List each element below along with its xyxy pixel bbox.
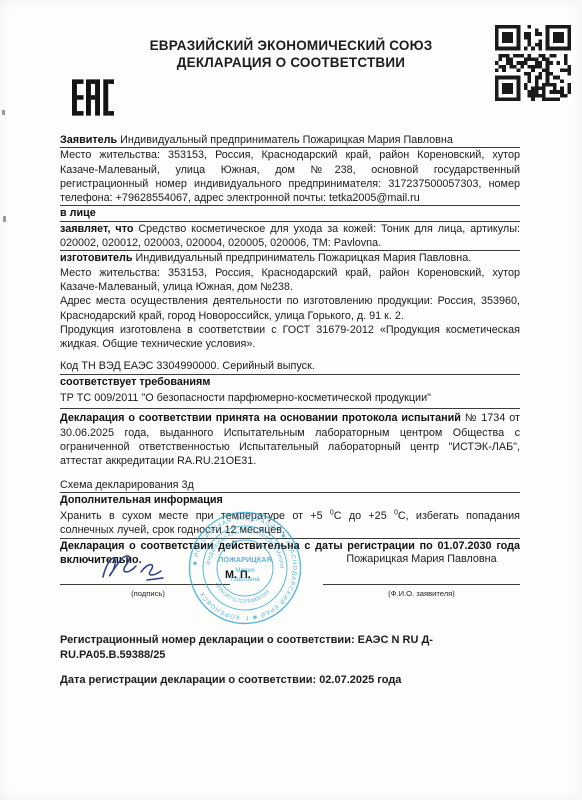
activity-address-line: Адрес места осуществления деятельности п… bbox=[60, 294, 520, 323]
svg-text:ОГРН ИП 317237500057303: ОГРН ИП 317237500057303 bbox=[213, 582, 271, 605]
declaration-document: ЕВРАЗИЙСКИЙ ЭКОНОМИЧЕСКИЙ СОЮЗ ДЕКЛАРАЦИ… bbox=[0, 0, 582, 800]
manufactured-per-line: Продукция изготовлена в соответствии с Г… bbox=[60, 323, 520, 352]
manufacturer-line: изготовитель Индивидуальный предпринимат… bbox=[60, 251, 520, 265]
residence-line: Место жительства: 353153, Россия, Красно… bbox=[60, 148, 520, 206]
declares-label: заявляет, что bbox=[60, 223, 133, 235]
stamp-center-patronymic: Павловна bbox=[230, 576, 260, 583]
manufacturer-label: изготовитель bbox=[60, 252, 133, 264]
document-header: ЕВРАЗИЙСКИЙ ЭКОНОМИЧЕСКИЙ СОЮЗ ДЕКЛАРАЦИ… bbox=[0, 0, 582, 133]
stamp-center-firstname: Мария bbox=[235, 567, 255, 574]
applicant-label: Заявитель bbox=[60, 134, 117, 146]
stamp-inner-bottom-text: ОГРН ИП 317237500057303 bbox=[213, 582, 271, 605]
registration-date-line: Дата регистрации декларации о соответств… bbox=[60, 673, 520, 687]
scan-speck bbox=[2, 110, 5, 115]
in-person-line: в лице bbox=[60, 206, 520, 221]
applicant-name: Пожарицкая Мария Павловна bbox=[323, 552, 520, 566]
handwritten-signature bbox=[95, 549, 181, 585]
registration-section: Регистрационный номер декларации о соотв… bbox=[60, 633, 520, 687]
regulation-line: ТР ТС 009/2011 "О безопасности парфюмерн… bbox=[60, 391, 520, 405]
eac-logo-icon bbox=[72, 79, 114, 116]
name-line bbox=[323, 584, 520, 585]
applicant-line: Заявитель Индивидуальный предприниматель… bbox=[60, 133, 520, 148]
company-seal-stamp: ✱ РОССИЙСКАЯ ФЕДЕРАЦИЯ ✱ КРАСНОДАРСКИЙ К… bbox=[175, 498, 315, 638]
manufacturer-residence-line: Место жительства: 353153, Россия, Красно… bbox=[60, 266, 520, 295]
scan-speck bbox=[3, 216, 6, 222]
scheme-line: Схема декларирования 3д bbox=[60, 478, 520, 493]
name-caption: (Ф.И.О. заявителя) bbox=[323, 587, 520, 601]
stamp-center-surname: ПОЖАРИЦКАЯ bbox=[218, 555, 272, 564]
tnved-line: Код ТН ВЭД ЕАЭС 3304990000. Серийный вып… bbox=[60, 359, 520, 374]
meets-requirements-line: соответствует требованиям bbox=[60, 375, 520, 389]
declares-line: заявляет, что Средство косметическое для… bbox=[60, 222, 520, 252]
section-divider bbox=[60, 408, 520, 409]
acceptance-paragraph: Декларация о соответствии принята на осн… bbox=[60, 411, 520, 468]
qr-code bbox=[495, 25, 571, 101]
